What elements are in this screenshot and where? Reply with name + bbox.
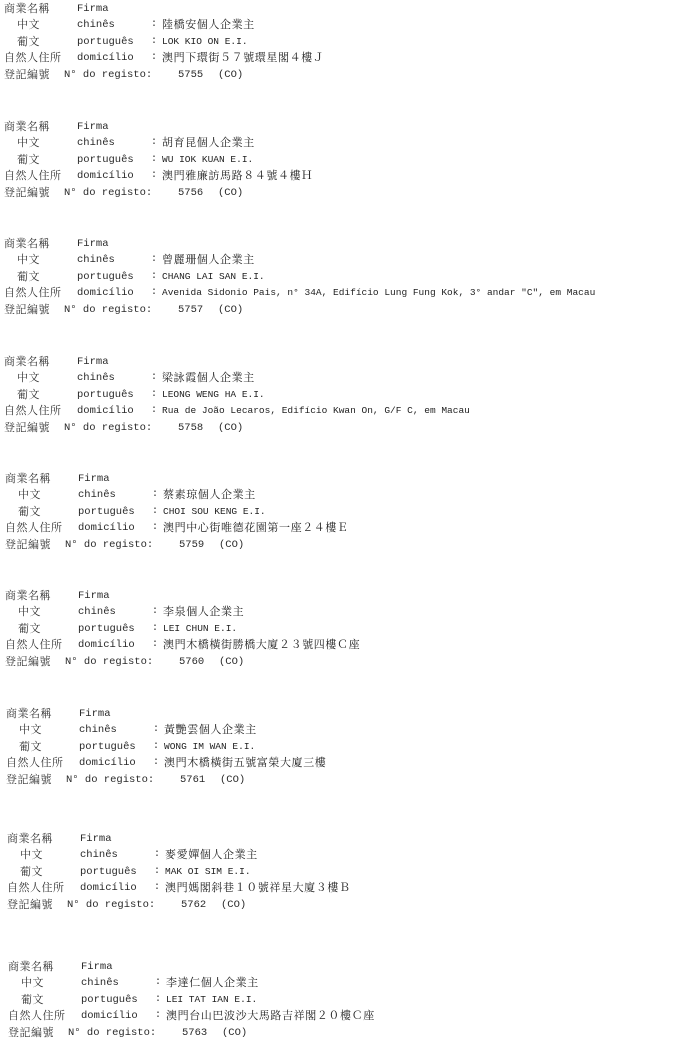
colon: :	[153, 739, 159, 755]
registry-number: 5760	[179, 654, 204, 670]
chinese-name-value: 梁詠霞個人企業主	[162, 370, 255, 386]
chinese-name-value: 黃艷雲個人企業主	[164, 722, 257, 738]
firma-label-pt: Firma	[77, 236, 109, 252]
registry-number: 5758	[178, 420, 203, 436]
registry-suffix: (CO)	[219, 654, 244, 670]
registo-label-pt: N° do registo:	[64, 302, 152, 318]
domicilio-label-zh: 自然人住所	[6, 755, 64, 771]
portuguese-name-value: LOK KIO ON E.I.	[162, 34, 248, 50]
domicilio-label-zh: 自然人住所	[4, 50, 62, 66]
colon: :	[155, 975, 161, 991]
registry-suffix: (CO)	[218, 67, 243, 83]
domicilio-label-pt: domicílio	[77, 285, 134, 301]
domicilio-label-zh: 自然人住所	[7, 880, 65, 896]
portugues-label-zh: 葡文	[18, 504, 41, 520]
firma-label-zh: 商業名稱	[5, 588, 51, 604]
colon: :	[151, 17, 157, 33]
registo-label-zh: 登記編號	[7, 897, 53, 913]
domicilio-label-zh: 自然人住所	[4, 168, 62, 184]
portugues-label-pt: português	[77, 152, 134, 168]
firma-label-pt: Firma	[80, 831, 112, 847]
firma-label-zh: 商業名稱	[8, 959, 54, 975]
portugues-label-pt: português	[81, 992, 138, 1008]
colon: :	[151, 168, 157, 184]
portugues-label-zh: 葡文	[20, 864, 43, 880]
registry-number: 5757	[178, 302, 203, 318]
colon: :	[151, 387, 157, 403]
registo-label-pt: N° do registo:	[64, 420, 152, 436]
chinese-name-value: 曾麗珊個人企業主	[162, 252, 255, 268]
portugues-label-pt: português	[78, 621, 135, 637]
portugues-label-zh: 葡文	[17, 387, 40, 403]
registry-suffix: (CO)	[222, 1025, 247, 1041]
colon: :	[152, 487, 158, 503]
chines-label-zh: 中文	[19, 722, 42, 738]
domicile-value: 澳門媽閣斜巷１０號祥星大廈３樓Ｂ	[165, 880, 351, 896]
chines-label-pt: chinês	[78, 604, 116, 620]
domicilio-label-pt: domicílio	[77, 168, 134, 184]
registry-suffix: (CO)	[218, 420, 243, 436]
registo-label-pt: N° do registo:	[64, 185, 152, 201]
chines-label-pt: chinês	[78, 487, 116, 503]
chines-label-pt: chinês	[77, 135, 115, 151]
firma-label-zh: 商業名稱	[4, 236, 50, 252]
registry-number: 5759	[179, 537, 204, 553]
domicile-value: 澳門木橋橫街勝橋大廈２３號四樓Ｃ座	[163, 637, 360, 653]
portugues-label-zh: 葡文	[17, 34, 40, 50]
portuguese-name-value: WONG IM WAN E.I.	[164, 739, 255, 755]
chines-label-zh: 中文	[21, 975, 44, 991]
registo-label-zh: 登記編號	[5, 537, 51, 553]
colon: :	[154, 880, 160, 896]
registo-label-pt: N° do registo:	[64, 67, 152, 83]
portugues-label-pt: português	[78, 504, 135, 520]
registo-label-pt: N° do registo:	[65, 537, 153, 553]
portuguese-name-value: CHOI SOU KENG E.I.	[163, 504, 266, 520]
colon: :	[154, 847, 160, 863]
portugues-label-pt: português	[79, 739, 136, 755]
chinese-name-value: 蔡素琼個人企業主	[163, 487, 256, 503]
domicilio-label-pt: domicílio	[81, 1008, 138, 1024]
portugues-label-zh: 葡文	[19, 739, 42, 755]
colon: :	[151, 269, 157, 285]
domicile-value: Rua de João Lecaros, Edifício Kwan On, G…	[162, 403, 470, 419]
chinese-name-value: 李泉個人企業主	[163, 604, 244, 620]
domicilio-label-pt: domicílio	[79, 755, 136, 771]
domicilio-label-zh: 自然人住所	[4, 285, 62, 301]
portugues-label-pt: português	[77, 34, 134, 50]
domicilio-label-zh: 自然人住所	[4, 403, 62, 419]
chines-label-zh: 中文	[17, 370, 40, 386]
firma-label-zh: 商業名稱	[4, 354, 50, 370]
portuguese-name-value: LEONG WENG HA E.I.	[162, 387, 265, 403]
registo-label-pt: N° do registo:	[67, 897, 155, 913]
registry-number: 5755	[178, 67, 203, 83]
registo-label-pt: N° do registo:	[68, 1025, 156, 1041]
registry-number: 5762	[181, 897, 206, 913]
portuguese-name-value: CHANG LAI SAN E.I.	[162, 269, 265, 285]
portugues-label-pt: português	[77, 387, 134, 403]
domicile-value: 澳門下環街５７號環星閣４樓Ｊ	[162, 50, 324, 66]
registry-number: 5756	[178, 185, 203, 201]
domicilio-label-zh: 自然人住所	[5, 637, 63, 653]
registry-suffix: (CO)	[220, 772, 245, 788]
firma-label-pt: Firma	[81, 959, 113, 975]
firma-label-pt: Firma	[79, 706, 111, 722]
colon: :	[151, 403, 157, 419]
colon: :	[151, 370, 157, 386]
chines-label-pt: chinês	[81, 975, 119, 991]
registry-suffix: (CO)	[218, 302, 243, 318]
firma-label-zh: 商業名稱	[5, 471, 51, 487]
portugues-label-zh: 葡文	[18, 621, 41, 637]
registry-number: 5761	[180, 772, 205, 788]
registry-suffix: (CO)	[219, 537, 244, 553]
domicile-value: 澳門木橋橫街五號富榮大廈三樓	[164, 755, 326, 771]
domicile-value: 澳門台山巴波沙大馬路吉祥閣２０樓Ｃ座	[166, 1008, 375, 1024]
portugues-label-zh: 葡文	[17, 152, 40, 168]
firma-label-zh: 商業名稱	[4, 119, 50, 135]
colon: :	[155, 1008, 161, 1024]
firma-label-pt: Firma	[78, 588, 110, 604]
chinese-name-value: 胡育昆個人企業主	[162, 135, 255, 151]
colon: :	[152, 621, 158, 637]
registo-label-pt: N° do registo:	[66, 772, 154, 788]
registo-label-zh: 登記編號	[4, 420, 50, 436]
chines-label-pt: chinês	[77, 17, 115, 33]
chines-label-zh: 中文	[20, 847, 43, 863]
chinese-name-value: 李達仁個人企業主	[166, 975, 259, 991]
domicilio-label-pt: domicílio	[77, 50, 134, 66]
portugues-label-zh: 葡文	[21, 992, 44, 1008]
portuguese-name-value: MAK OI SIM E.I.	[165, 864, 251, 880]
colon: :	[151, 285, 157, 301]
firma-label-zh: 商業名稱	[6, 706, 52, 722]
chinese-name-value: 麥愛嬋個人企業主	[165, 847, 258, 863]
colon: :	[153, 722, 159, 738]
registo-label-zh: 登記編號	[8, 1025, 54, 1041]
portuguese-name-value: LEI TAT IAN E.I.	[166, 992, 257, 1008]
registo-label-zh: 登記編號	[4, 302, 50, 318]
registo-label-zh: 登記編號	[4, 67, 50, 83]
chines-label-zh: 中文	[17, 17, 40, 33]
chines-label-pt: chinês	[77, 370, 115, 386]
colon: :	[153, 755, 159, 771]
firma-label-zh: 商業名稱	[4, 1, 50, 17]
firma-label-pt: Firma	[78, 471, 110, 487]
colon: :	[151, 135, 157, 151]
colon: :	[151, 252, 157, 268]
firma-label-pt: Firma	[77, 1, 109, 17]
portuguese-name-value: LEI CHUN E.I.	[163, 621, 237, 637]
domicile-value: 澳門中心街唯德花園第一座２４樓Ｅ	[163, 520, 349, 536]
domicilio-label-zh: 自然人住所	[8, 1008, 66, 1024]
chines-label-zh: 中文	[17, 135, 40, 151]
firma-label-pt: Firma	[77, 354, 109, 370]
colon: :	[154, 864, 160, 880]
colon: :	[152, 504, 158, 520]
colon: :	[152, 604, 158, 620]
chines-label-zh: 中文	[18, 487, 41, 503]
registo-label-zh: 登記編號	[4, 185, 50, 201]
firma-label-zh: 商業名稱	[7, 831, 53, 847]
chines-label-pt: chinês	[77, 252, 115, 268]
colon: :	[152, 637, 158, 653]
portugues-label-zh: 葡文	[17, 269, 40, 285]
domicilio-label-pt: domicílio	[80, 880, 137, 896]
chines-label-pt: chinês	[79, 722, 117, 738]
registo-label-zh: 登記編號	[6, 772, 52, 788]
domicile-value: Avenida Sidonio Pais, n° 34A, Edifício L…	[162, 285, 595, 301]
chines-label-pt: chinês	[80, 847, 118, 863]
colon: :	[151, 50, 157, 66]
portugues-label-pt: português	[77, 269, 134, 285]
registry-suffix: (CO)	[221, 897, 246, 913]
chines-label-zh: 中文	[17, 252, 40, 268]
domicile-value: 澳門雅廉訪馬路８４號４樓Ｈ	[162, 168, 313, 184]
domicilio-label-zh: 自然人住所	[5, 520, 63, 536]
chinese-name-value: 陸橋安個人企業主	[162, 17, 255, 33]
colon: :	[152, 520, 158, 536]
registry-suffix: (CO)	[218, 185, 243, 201]
domicilio-label-pt: domicílio	[78, 637, 135, 653]
domicilio-label-pt: domicílio	[78, 520, 135, 536]
portuguese-name-value: WU IOK KUAN E.I.	[162, 152, 253, 168]
registo-label-zh: 登記編號	[5, 654, 51, 670]
registry-number: 5763	[182, 1025, 207, 1041]
colon: :	[155, 992, 161, 1008]
firma-label-pt: Firma	[77, 119, 109, 135]
portugues-label-pt: português	[80, 864, 137, 880]
chines-label-zh: 中文	[18, 604, 41, 620]
colon: :	[151, 152, 157, 168]
registo-label-pt: N° do registo:	[65, 654, 153, 670]
domicilio-label-pt: domicílio	[77, 403, 134, 419]
colon: :	[151, 34, 157, 50]
